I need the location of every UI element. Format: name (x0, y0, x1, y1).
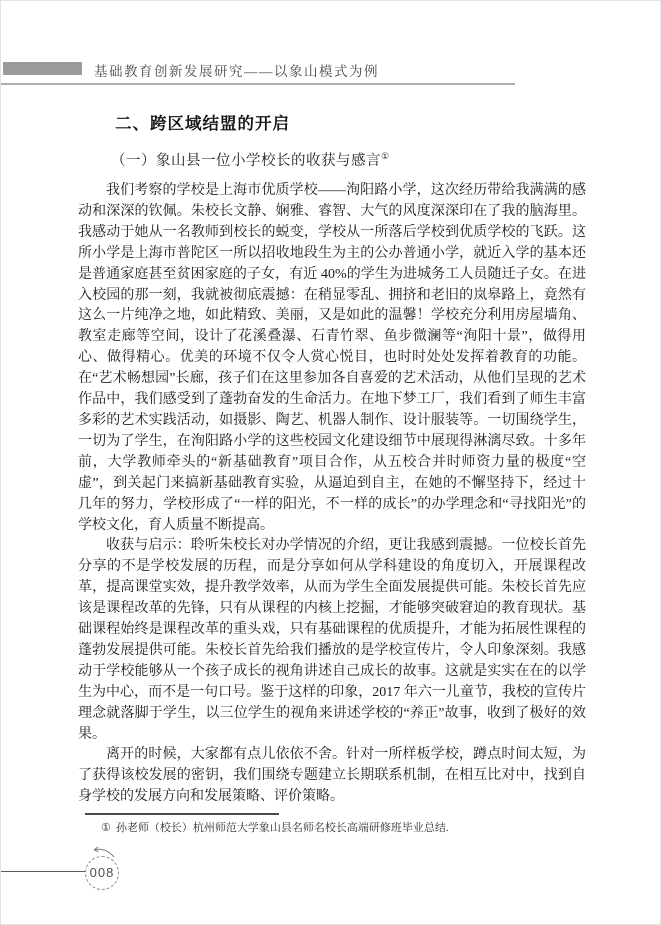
header-divider (1, 83, 515, 85)
subsection-heading-text: （一）象山县一位小学校长的收获与感言 (111, 153, 381, 169)
footnote-reference-mark: ① (381, 151, 390, 161)
paragraph: 收获与启示：聆听朱校长对办学情况的介绍，更让我感到震撼。一位校长首先分享的不是学… (78, 536, 586, 745)
header-accent-bar (3, 62, 82, 75)
page-number-badge: 008 (85, 856, 119, 890)
footnote: ①孙老师（校长）杭州师范大学象山县名师名校长高端研修班毕业总结. (101, 821, 571, 836)
body-text-block: 我们考察的学校是上海市优质学校——洵阳路小学，这次经历带给我满满的感动和深深的钦… (78, 181, 586, 808)
footnote-divider (85, 813, 279, 815)
paragraph: 我们考察的学校是上海市优质学校——洵阳路小学，这次经历带给我满满的感动和深深的钦… (78, 181, 586, 536)
footnote-marker: ① (101, 822, 111, 834)
running-header-title: 基础教育创新发展研究——以象山模式为例 (94, 60, 379, 80)
subsection-heading: （一）象山县一位小学校长的收获与感言① (111, 149, 390, 170)
paragraph: 离开的时候，大家都有点儿依依不舍。针对一所样板学校，蹲点时间太短，为了获得该校发… (78, 745, 586, 808)
section-heading: 二、跨区域结盟的开启 (115, 110, 290, 134)
footnote-text: 孙老师（校长）杭州师范大学象山县名师名校长高端研修班毕业总结. (116, 822, 449, 834)
page-number-rule (1, 871, 86, 872)
book-page: 基础教育创新发展研究——以象山模式为例 二、跨区域结盟的开启 （一）象山县一位小… (0, 0, 661, 925)
